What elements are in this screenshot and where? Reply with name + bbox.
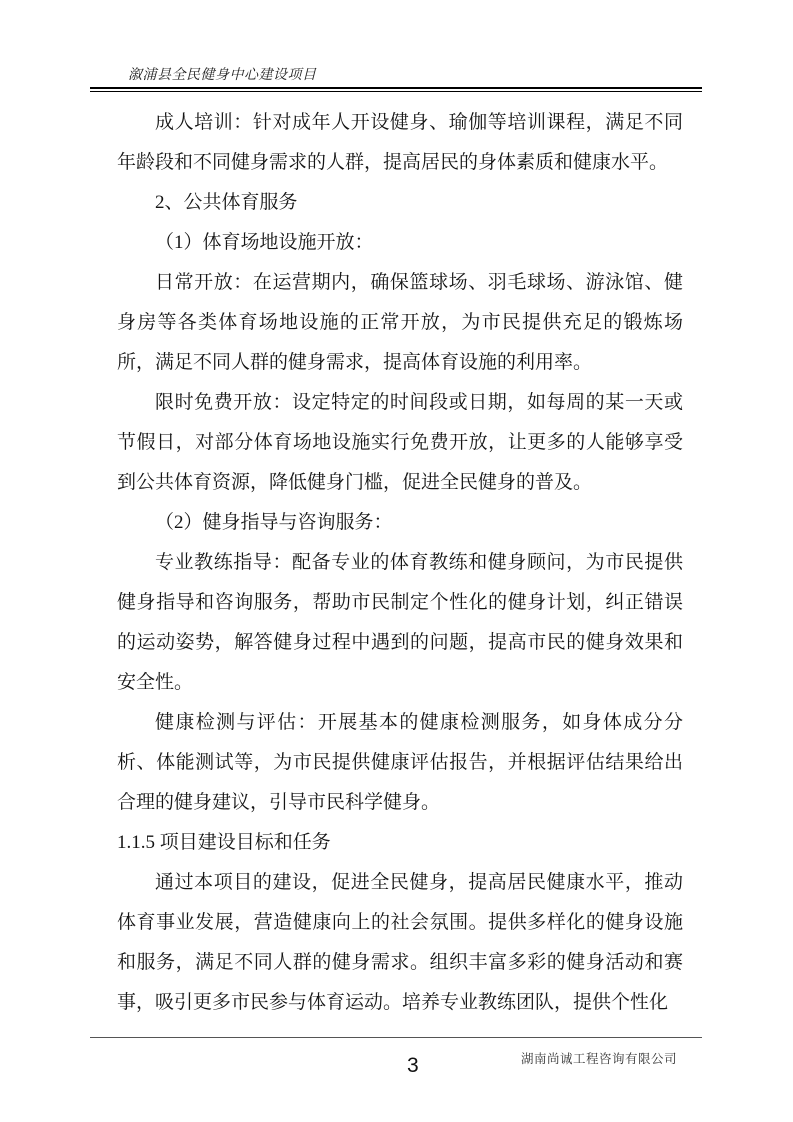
footer-company-name: 湖南尚诚工程咨询有限公司 bbox=[521, 1049, 677, 1067]
page-number: 3 bbox=[407, 1054, 419, 1078]
document-page: 溆浦县全民健身中心建设项目 成人培训：针对成年人开设健身、瑜伽等培训课程，满足不… bbox=[0, 0, 793, 1122]
paragraph-free-open: 限时免费开放：设定特定的时间段或日期，如每周的某一天或节假日，对部分体育场地设施… bbox=[117, 383, 683, 503]
paragraph-health-check: 健康检测与评估：开展基本的健康检测服务，如身体成分分析、体能测试等，为市民提供健… bbox=[117, 703, 683, 823]
paragraph-adult-training: 成人培训：针对成年人开设健身、瑜伽等培训课程，满足不同年龄段和不同健身需求的人群… bbox=[117, 103, 683, 183]
paragraph-guidance-title: （2）健身指导与咨询服务： bbox=[117, 503, 683, 543]
paragraph-daily-open: 日常开放：在运营期内，确保篮球场、羽毛球场、游泳馆、健身房等各类体育场地设施的正… bbox=[117, 263, 683, 383]
paragraph-project-goals: 通过本项目的建设，促进全民健身，提高居民健康水平，推动体育事业发展，营造健康向上… bbox=[117, 863, 683, 1023]
document-body: 成人培训：针对成年人开设健身、瑜伽等培训课程，满足不同年龄段和不同健身需求的人群… bbox=[117, 103, 683, 1023]
paragraph-venue-open-title: （1）体育场地设施开放： bbox=[117, 223, 683, 263]
paragraph-coach-guidance: 专业教练指导：配备专业的体育教练和健身顾问，为市民提供健身指导和咨询服务，帮助市… bbox=[117, 543, 683, 703]
header-rule bbox=[90, 87, 702, 92]
paragraph-public-sports-title: 2、公共体育服务 bbox=[117, 183, 683, 223]
header-title: 溆浦县全民健身中心建设项目 bbox=[128, 64, 317, 84]
section-heading-115: 1.1.5 项目建设目标和任务 bbox=[117, 823, 683, 863]
footer-rule bbox=[90, 1037, 702, 1038]
